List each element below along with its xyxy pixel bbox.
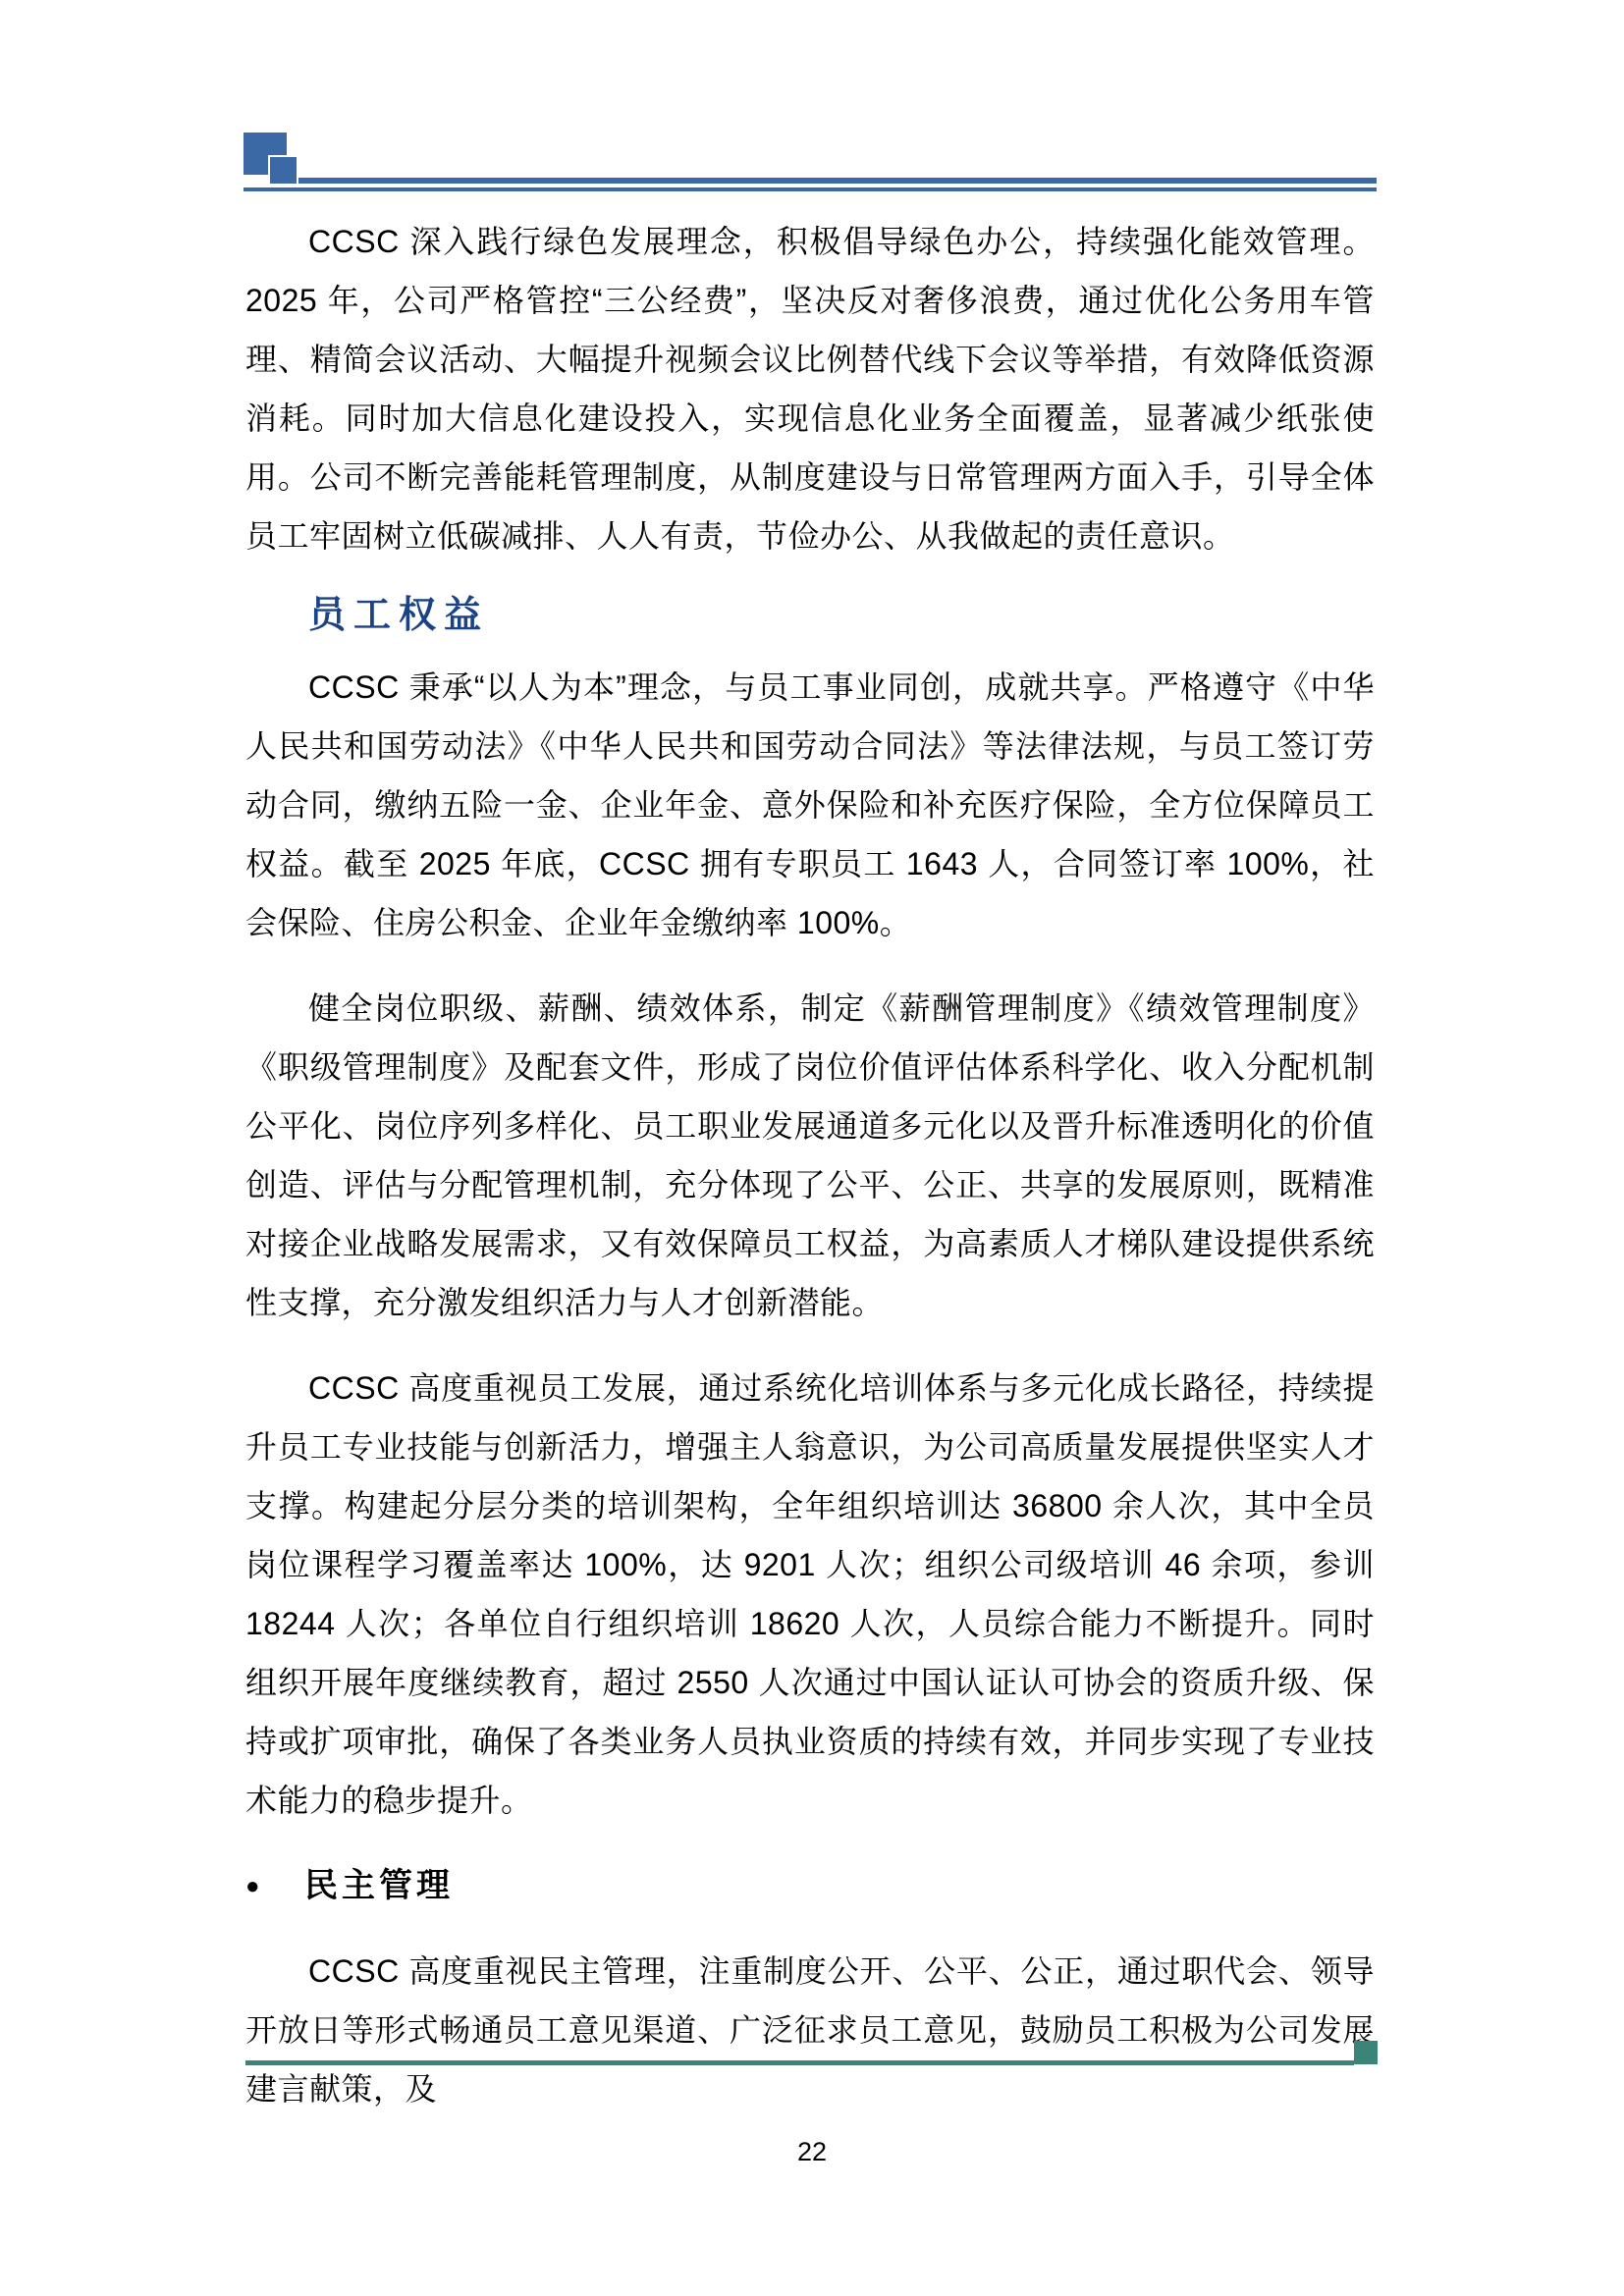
header-small-square	[268, 155, 298, 186]
bullet-label: 民主管理	[304, 1857, 454, 1916]
footer-square	[1354, 2041, 1378, 2064]
paragraph-labor-contracts: CCSC 秉承“以人为本”理念，与员工事业同创，成就共享。严格遵守《中华人民共和…	[245, 658, 1375, 952]
paragraph-compensation-system: 健全岗位职级、薪酬、绩效体系，制定《薪酬管理制度》《绩效管理制度》《职级管理制度…	[245, 979, 1375, 1332]
paragraph-training: CCSC 高度重视员工发展，通过系统化培训体系与多元化成长路径，持续提升员工专业…	[245, 1359, 1375, 1830]
footer-rule	[245, 2060, 1354, 2065]
bullet-item-democratic-management: ● 民主管理	[245, 1857, 1375, 1916]
page-body: CCSC 深入践行绿色发展理念，积极倡导绿色办公，持续强化能效管理。2025 年…	[245, 212, 1375, 2145]
section-heading-employee-rights: 员工权益	[308, 592, 1375, 639]
paragraph-green-office: CCSC 深入践行绿色发展理念，积极倡导绿色办公，持续强化能效管理。2025 年…	[245, 212, 1375, 565]
header-thin-rule	[244, 187, 1377, 191]
paragraph-democratic-management: CCSC 高度重视民主管理，注重制度公开、公平、公正，通过职代会、领导开放日等形…	[245, 1942, 1375, 2118]
bullet-icon: ●	[245, 1857, 304, 1916]
page-number: 22	[0, 2132, 1624, 2171]
document-page: CCSC 深入践行绿色发展理念，积极倡导绿色办公，持续强化能效管理。2025 年…	[0, 0, 1624, 2296]
header-thick-rule	[297, 178, 1377, 184]
